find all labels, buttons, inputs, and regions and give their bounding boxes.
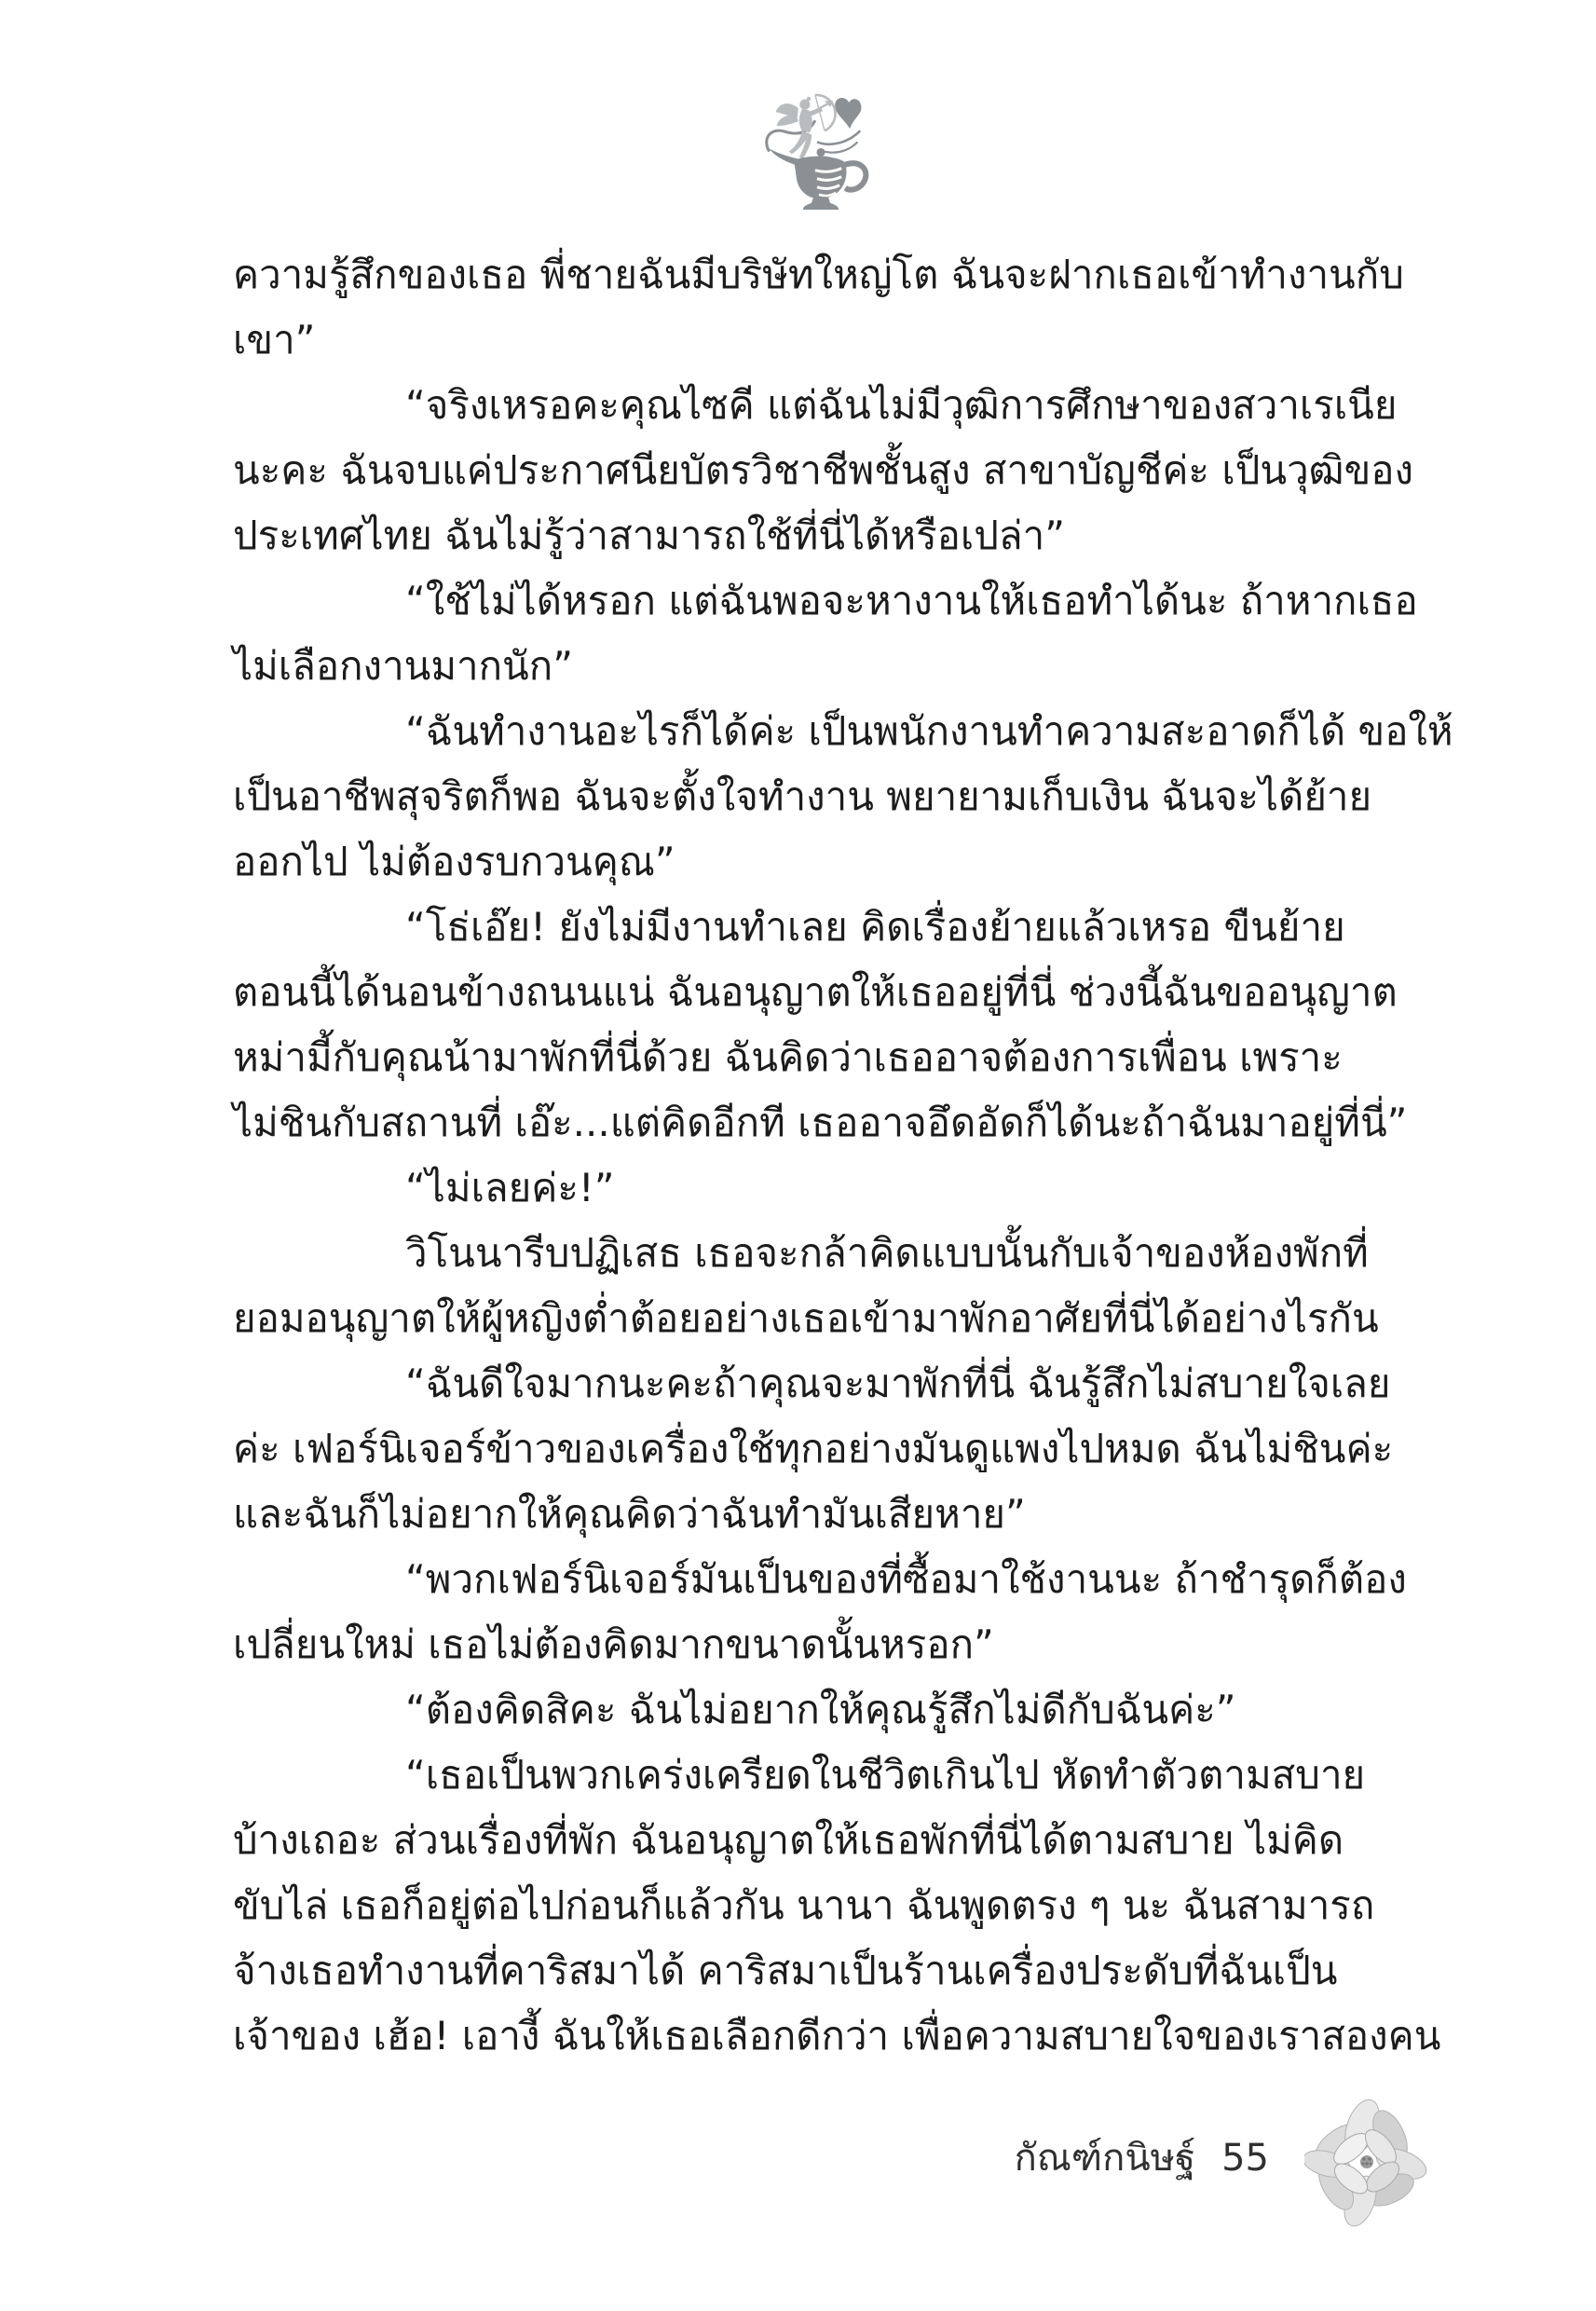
text-line: ไม่เลือกงานมากนัก” (233, 634, 1416, 699)
text-line: ขับไล่ เธอก็อยู่ต่อไปก่อนก็แล้วกัน นานา … (233, 1873, 1416, 1938)
genie-lamp (770, 148, 866, 210)
paragraph: “เธอเป็นพวกเคร่งเครียดในชีวิตเกินไป หัดท… (233, 1743, 1416, 2069)
text-line: ออกไป ไม่ต้องรบกวนคุณ” (233, 829, 1416, 895)
paragraph: วิโนนารีบปฏิเสธ เธอจะกล้าคิดแบบนั้นกับเจ… (233, 1221, 1416, 1351)
text-line: นะคะ ฉันจบแค่ประกาศนียบัตรวิชาชีพชั้นสูง… (233, 438, 1416, 503)
paragraph: “ต้องคิดสิคะ ฉันไม่อยากให้คุณรู้สึกไม่ดี… (233, 1677, 1416, 1743)
page-number: 55 (1221, 2137, 1269, 2180)
text-line: และฉันก็ไม่อยากให้คุณคิดว่าฉันทำมันเสียห… (233, 1482, 1416, 1547)
paragraph: “ฉันทำงานอะไรก็ได้ค่ะ เป็นพนักงานทำความส… (233, 699, 1416, 895)
text-line: ประเทศไทย ฉันไม่รู้ว่าสามารถใช้ที่นี่ได้… (233, 503, 1416, 568)
paragraph: “ไม่เลยค่ะ!” (233, 1155, 1416, 1221)
paragraph: “จริงเหรอคะคุณไซคี แต่ฉันไม่มีวุฒิการศึก… (233, 373, 1416, 568)
footer-author: กัณฑ์กนิษฐ์ (1015, 2137, 1196, 2180)
text-line: ความรู้สึกของเธอ พี่ชายฉันมีบริษัทใหญ่โต… (233, 242, 1416, 308)
text-line: ตอนนี้ได้นอนข้างถนนแน่ ฉันอนุญาตให้เธออย… (233, 960, 1416, 1025)
paragraph: “โธ่เอ๊ย! ยังไม่มีงานทำเลย คิดเรื่องย้าย… (233, 895, 1416, 1155)
text-line: “จริงเหรอคะคุณไซคี แต่ฉันไม่มีวุฒิการศึก… (233, 373, 1416, 438)
page-footer: กัณฑ์กนิษฐ์55 (839, 2132, 1269, 2184)
text-line: บ้างเถอะ ส่วนเรื่องที่พัก ฉันอนุญาตให้เธ… (233, 1808, 1416, 1873)
text-line: เป็นอาชีพสุจริตก็พอ ฉันจะตั้งใจทำงาน พยา… (233, 764, 1416, 829)
body-text: ความรู้สึกของเธอ พี่ชายฉันมีบริษัทใหญ่โต… (233, 242, 1416, 2069)
text-line: เปลี่ยนใหม่ เธอไม่ต้องคิดมากขนาดนั้นหรอก… (233, 1612, 1416, 1677)
cupid-lamp-icon (762, 93, 876, 211)
text-line: ไม่ชินกับสถานที่ เอ๊ะ...แต่คิดอีกที เธออ… (233, 1090, 1416, 1155)
paragraph: “พวกเฟอร์นิเจอร์มันเป็นของที่ซื้อมาใช้งา… (233, 1547, 1416, 1677)
paragraph: “ใช้ไม่ได้หรอก แต่ฉันพอจะหางานให้เธอทำได… (233, 568, 1416, 699)
text-line: “ต้องคิดสิคะ ฉันไม่อยากให้คุณรู้สึกไม่ดี… (233, 1677, 1416, 1743)
cupid-figure (776, 97, 823, 159)
text-line: วิโนนารีบปฏิเสธ เธอจะกล้าคิดแบบนั้นกับเจ… (233, 1221, 1416, 1286)
text-line: “ฉันดีใจมากนะคะถ้าคุณจะมาพักที่นี่ ฉันรู… (233, 1351, 1416, 1416)
text-line: “เธอเป็นพวกเคร่งเครียดในชีวิตเกินไป หัดท… (233, 1743, 1416, 1808)
text-line: “ใช้ไม่ได้หรอก แต่ฉันพอจะหางานให้เธอทำได… (233, 568, 1416, 634)
text-line: “โธ่เอ๊ย! ยังไม่มีงานทำเลย คิดเรื่องย้าย… (233, 895, 1416, 960)
magnolia-flower-icon (1304, 2097, 1429, 2229)
text-line: หม่ามี้กับคุณน้ามาพักที่นี่ด้วย ฉันคิดว่… (233, 1025, 1416, 1090)
text-line: เจ้าของ เฮ้อ! เอางี้ ฉันให้เธอเลือกดีกว่… (233, 2003, 1416, 2069)
text-line: “ฉันทำงานอะไรก็ได้ค่ะ เป็นพนักงานทำความส… (233, 699, 1416, 764)
text-line: “ไม่เลยค่ะ!” (233, 1155, 1416, 1221)
text-line: “พวกเฟอร์นิเจอร์มันเป็นของที่ซื้อมาใช้งา… (233, 1547, 1416, 1612)
paragraph: “ฉันดีใจมากนะคะถ้าคุณจะมาพักที่นี่ ฉันรู… (233, 1351, 1416, 1547)
text-line: ยอมอนุญาตให้ผู้หญิงต่ำต้อยอย่างเธอเข้ามา… (233, 1286, 1416, 1351)
text-line: ค่ะ เฟอร์นิเจอร์ข้าวของเครื่องใช้ทุกอย่า… (233, 1416, 1416, 1482)
paragraph: ความรู้สึกของเธอ พี่ชายฉันมีบริษัทใหญ่โต… (233, 242, 1416, 373)
book-page: ความรู้สึกของเธอ พี่ชายฉันมีบริษัทใหญ่โต… (0, 0, 1596, 2311)
heart-icon (835, 98, 861, 129)
text-line: เขา” (233, 308, 1416, 373)
text-line: จ้างเธอทำงานที่คาริสมาได้ คาริสมาเป็นร้า… (233, 1938, 1416, 2003)
